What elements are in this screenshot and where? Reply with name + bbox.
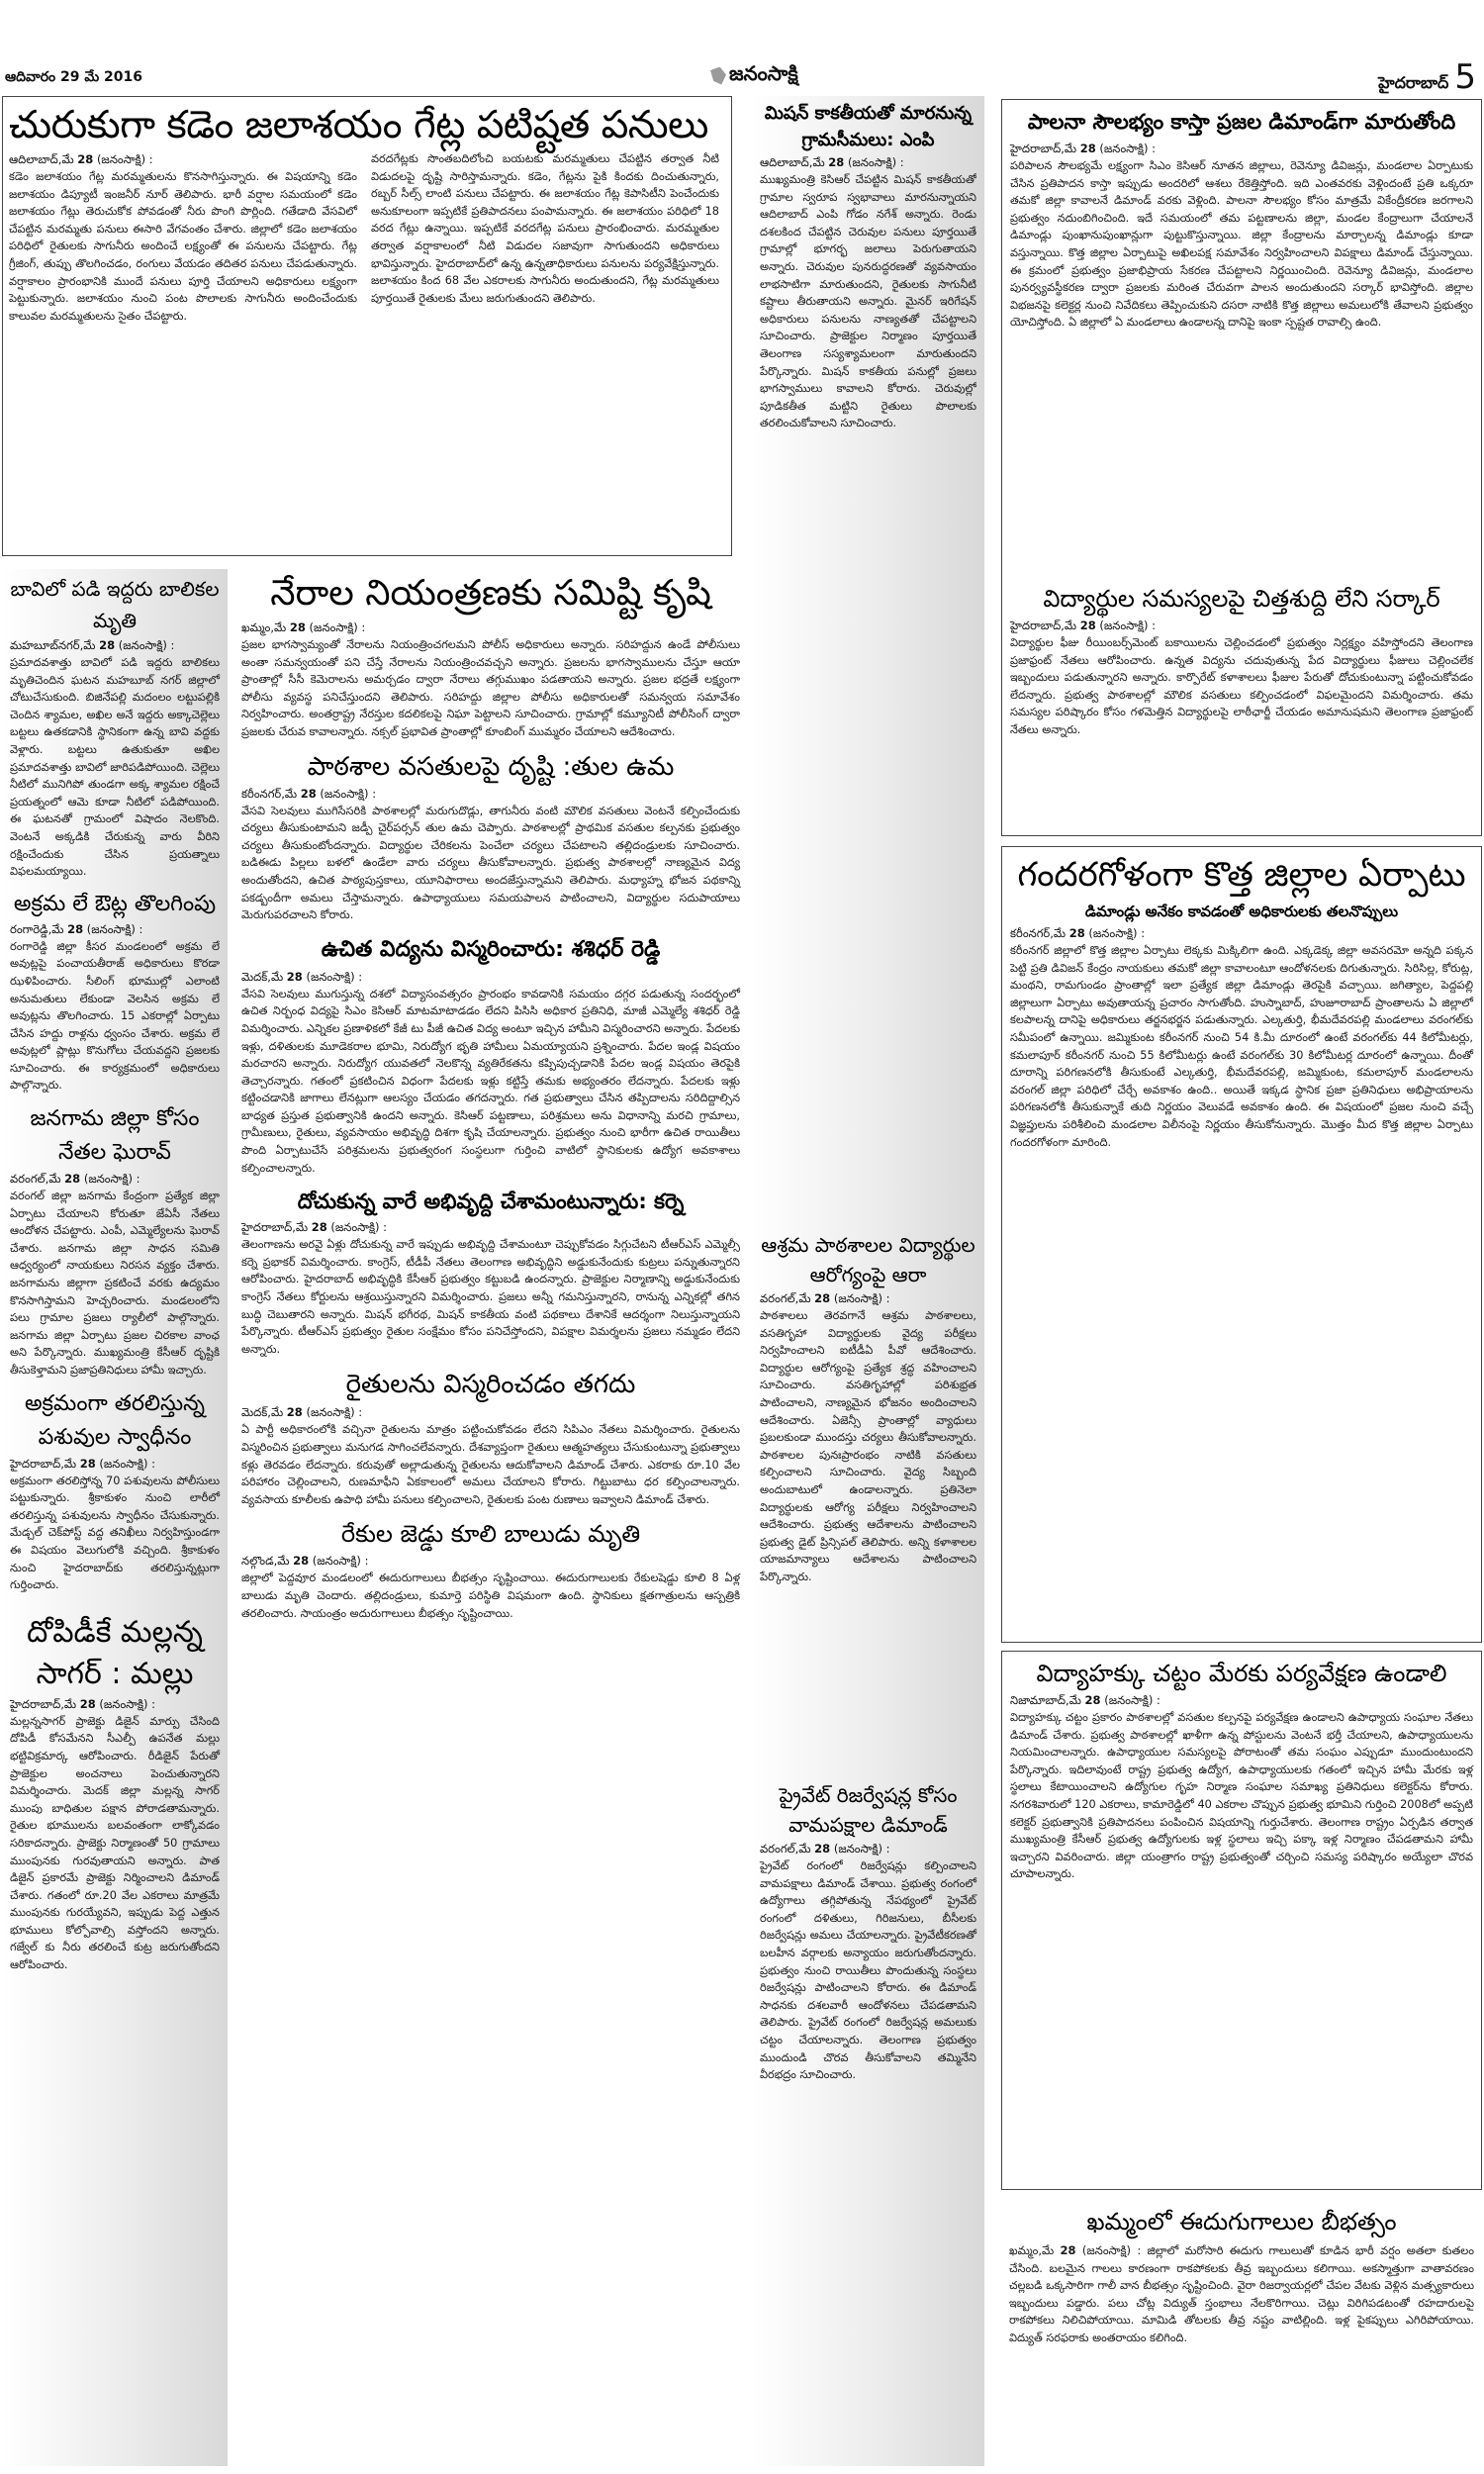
column-left: బావిలో పడి ఇద్దరు బాలికల మృతి మహబూబ్‌నగర… [2,569,228,2466]
dateline: హైదరాబాద్,మే 28 (జనంసాక్షి) : [241,1218,740,1236]
story-uchita-vidya: ఉచిత విద్యను విస్మరించారు: శశిధర్ రెడ్డి… [241,932,740,1178]
story-bavilo: బావిలో పడి ఇద్దరు బాలికల మృతి మహబూబ్‌నగర… [10,573,220,881]
dateline: వరంగల్,మే 28 (జనంసాక్షి) : [760,1289,976,1307]
story-body: పరిపాలన సౌలభ్యమే లక్ష్యంగా సిఎం కెసిఆర్ … [1010,157,1473,573]
story-body: ప్రజల భాగస్వామ్యంతో నేరాలను నియంత్రించగల… [241,636,740,741]
story-body: ఖమ్మం,మే 28 (జనంసాక్షి) : జిల్లాలో మరోసా… [1009,2241,1474,2347]
dateline: మెదక్,మే 28 (జనంసాక్షి) : [241,968,740,986]
story-ashrama: ఆశ్రమ పాఠశాలల విద్యార్థుల ఆరోగ్యంపై ఆరా … [760,1230,976,1772]
story-body: వరదగేట్లకు సొంతబదిలోంచి బయటకు మరమ్మతులు … [371,150,719,307]
story-body: కడెం జలాశయం గేట్ల మరమ్మతులను కొనసాగిస్తు… [9,168,357,325]
headline: విద్యాహక్కు చట్టం మేరకు పర్యవేక్షణ ఉండాల… [1010,1656,1473,1691]
headline: రైతులను విస్మరించడం తగదు [241,1366,740,1403]
dateline: వరంగల్,మే 28 (జనంసాక్షి) : [760,1840,976,1857]
story-nerala: నేరాల నియంత్రణకు సమిష్టి కృషి ఖమ్మం,మే 2… [241,569,740,741]
headline: ఆశ్రమ పాఠశాలల విద్యార్థుల ఆరోగ్యంపై ఆరా [760,1230,976,1289]
story-palana-box: పాలనా సౌలభ్యం కాస్తా ప్రజల డిమాండ్‌గా మా… [1001,99,1482,836]
headline: బావిలో పడి ఇద్దరు బాలికల మృతి [10,573,220,636]
headline: నేరాల నియంత్రణకు సమిష్టి కృషి [241,569,740,618]
story-private-reservations: ప్రైవేట్ రిజర్వేషన్ల కోసం వామపక్షాల డిమా… [760,1780,976,2084]
story-mallanna: దోపిడీకే మల్లన్న సాగర్ : మల్లు హైదరాబాద్… [10,1612,220,1974]
story-body: ఏ పార్టీ అధికారంలోకి వచ్చినా రైతులను మాత… [241,1421,740,1508]
headline: విద్యార్థుల సమస్యలపై చిత్తశుద్ది లేని సర… [1010,581,1473,617]
headline: పాఠశాల వసతులపై దృష్టి :తుల ఉమ [241,749,740,785]
headline: ఉచిత విద్యను విస్మరించారు: శశిధర్ రెడ్డి [241,932,740,968]
dateline: ఖమ్మం,మే 28 (జనంసాక్షి) : [241,618,740,636]
story-vidyahakku-box: విద్యాహక్కు చట్టం మేరకు పర్యవేక్షణ ఉండాల… [1001,1651,1482,2190]
headline: జనగామ జిల్లా కోసం నేతల ఘెరావ్ [10,1102,220,1170]
issue-date: ఆదివారం 29 మే 2016 [5,69,142,88]
story-body: ప్రమాదవశాత్తు బావిలో పడి ఇద్దరు బాలికలు … [10,654,220,881]
dateline: వరంగల్,మే 28 (జనంసాక్షి) : [10,1170,220,1188]
story-body: వేసవి సెలవులు ముగుస్తున్న దశలో విద్యాసంవ… [241,986,740,1178]
subheadline: డిమాండ్లు అనేకం కావడంతో అధికారులకు తలనొప… [1010,899,1473,924]
edition-label: హైదరాబాద్ 5 [1378,57,1476,97]
story-gandaragolam-box: గందరగోళంగా కొత్త జిల్లాల ఏర్పాటు డిమాండ్… [1001,846,1482,1643]
story-dochukunna: దోచుకున్న వారే అభివృద్ది చేశామంటున్నారు:… [241,1185,740,1358]
story-rekula: రేకుల జెడ్డు కూలి బాలుడు మృతి నల్గొండ,మే… [241,1516,740,1622]
story-body: పాఠశాలలు తెరవగానే ఆశ్రమ పాఠశాలలు, వసతిగృ… [760,1307,976,1772]
story-body: రంగారెడ్డి జిల్లా కీసర మండలంలో అక్రమ లే … [10,938,220,1094]
headline: చురుకుగా కడెం జలాశయం గేట్ల పటిష్టత పనులు [9,101,725,150]
story-body: కరీంనగర్ జిల్లాలో కొత్త జిల్లాల ఏర్పాటు … [1010,942,1473,1151]
story-body: అక్రమంగా తరలిస్తోన్న 70 పశువులను పోలీసుల… [10,1473,220,1594]
dateline: మెదక్,మే 28 (జనంసాక్షి) : [241,1403,740,1421]
story-body: తెలంగాణను అరవై ఏళ్లు దోచుకున్న వారే ఇప్ప… [241,1236,740,1358]
paper-logo: జనంసాక్షి [710,61,798,90]
dateline: హైదరాబాద్,మే 28 (జనంసాక్షి) : [1010,140,1473,157]
story-patashala: పాఠశాల వసతులపై దృష్టి :తుల ఉమ కరీంనగర్,మ… [241,749,740,924]
story-body: వేసవి సెలవులు ముగిసేసరికి పాఠశాలల్లో మరు… [241,803,740,924]
dateline: హైదరాబాద్,మే 28 (జనంసాక్షి) : [1010,617,1473,634]
story-kadem: చురుకుగా కడెం జలాశయం గేట్ల పటిష్టత పనులు… [2,96,732,556]
telangana-map-icon [710,67,726,85]
story-akrama-layout: అక్రమ లే ఔట్ల తొలగింపు రంగారెడ్డి,మే 28 … [10,889,220,1094]
dateline: హైదరాబాద్,మే 28 (జనంసాక్షి) : [10,1695,220,1713]
headline: దోచుకున్న వారే అభివృద్ది చేశామంటున్నారు:… [241,1185,740,1218]
headline: మిషన్ కాకతీయతో మారనున్న గ్రామసీమలు: ఎంపి [760,100,976,153]
story-raitulanu: రైతులను విస్మరించడం తగదు మెదక్,మే 28 (జన… [241,1366,740,1508]
edition-city: హైదరాబాద్ [1378,73,1448,96]
story-body: విద్యార్థుల ఫీజు రీయింబర్స్‌మెంట్ బకాయిల… [1010,634,1473,739]
page-number: 5 [1454,57,1476,97]
headline: పాలనా సౌలభ్యం కాస్తా ప్రజల డిమాండ్‌గా మా… [1010,104,1473,140]
headline: రేకుల జెడ్డు కూలి బాలుడు మృతి [241,1516,740,1552]
story-body: జిల్లాలో పెద్దవూర మండలంలో ఈదురుగాలులు బీ… [241,1570,740,1622]
headline: అక్రమంగా తరలిస్తున్న పశువుల స్వాధీనం [10,1387,220,1455]
dateline: కరీంనగర్,మే 28 (జనంసాక్షి) : [1010,924,1473,942]
dateline: నల్గొండ,మే 28 (జనంసాక్షి) : [241,1552,740,1570]
headline: ఖమ్మంలో ఈదుగుగాలుల బీభత్సం [1009,2202,1474,2241]
dateline: రంగారెడ్డి,మే 28 (జనంసాక్షి) : [10,920,220,938]
story-janagama: జనగామ జిల్లా కోసం నేతల ఘెరావ్ వరంగల్,మే … [10,1102,220,1380]
story-body: వరంగల్ జిల్లా జనగామ కేంద్రంగా ప్రత్యేక జ… [10,1188,220,1380]
story-vidyarthula: విద్యార్థుల సమస్యలపై చిత్తశుద్ది లేని సర… [1010,581,1473,739]
story-khammam-winds: ఖమ్మంలో ఈదుగుగాలుల బీభత్సం ఖమ్మం,మే 28 (… [1001,2202,1482,2469]
story-body: ముఖ్యమంత్రి కెసిఆర్ చేపట్టిన మిషన్ కాకతీ… [760,171,976,1210]
headline: ప్రైవేట్ రిజర్వేషన్ల కోసం వామపక్షాల డిమా… [760,1780,976,1840]
story-palana: పాలనా సౌలభ్యం కాస్తా ప్రజల డిమాండ్‌గా మా… [1010,104,1473,573]
dateline: ఆదిలాబాద్,మే 28 (జనంసాక్షి) : [9,150,357,168]
story-body: విద్యాహక్కు చట్టం ప్రకారం పాఠశాలల్లో వసత… [1010,1709,1473,1883]
story-mission-kakatiya: మిషన్ కాకతీయతో మారనున్న గ్రామసీమలు: ఎంపి… [760,100,976,1210]
paper-name: జనంసాక్షి [729,61,798,90]
dateline: నిజామాబాద్,మే 28 (జనంసాక్షి) : [1010,1691,1473,1709]
story-pashuvula: అక్రమంగా తరలిస్తున్న పశువుల స్వాధీనం హైద… [10,1387,220,1594]
column-center: నేరాల నియంత్రణకు సమిష్టి కృషి ఖమ్మం,మే 2… [237,569,744,2466]
story-body: ప్రైవేట్ రంగంలో రిజర్వేషన్లు కల్పించాలని… [760,1857,976,2084]
dateline: ఆదిలాబాద్,మే 28 (జనంసాక్షి) : [760,153,976,171]
dateline: హైదరాబాద్,మే 28 (జనంసాక్షి) : [10,1455,220,1473]
headline: అక్రమ లే ఔట్ల తొలగింపు [10,889,220,920]
dateline: మహబూబ్‌నగర్,మే 28 (జనంసాక్షి) : [10,636,220,654]
headline: దోపిడీకే మల్లన్న సాగర్ : మల్లు [10,1612,220,1695]
masthead: ఆదివారం 29 మే 2016 జనంసాక్షి హైదరాబాద్ 5 [0,0,1484,99]
headline: గందరగోళంగా కొత్త జిల్లాల ఏర్పాటు [1010,851,1473,899]
dateline: కరీంనగర్,మే 28 (జనంసాక్షి) : [241,785,740,803]
column-center-right: మిషన్ కాకతీయతో మారనున్న గ్రామసీమలు: ఎంపి… [752,96,984,2466]
story-body: మల్లన్నసాగర్ ప్రాజెక్టు డిజైన్ మార్పు చే… [10,1713,220,1974]
